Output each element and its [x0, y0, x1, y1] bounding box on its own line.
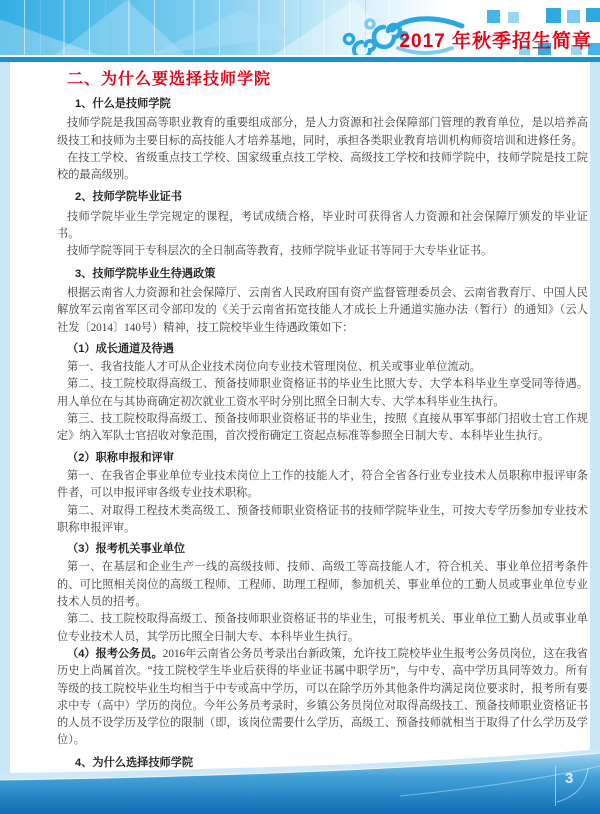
paragraph: 第一、我省技能人才可从企业技术岗位向专业技术管理岗位、机关或事业单位流动。	[57, 359, 588, 376]
paragraph: 在技工学校、省级重点技工学校、国家级重点技工学校、高级技工学校和技师学院中，技师…	[57, 150, 588, 185]
page-number-value: 3	[565, 770, 573, 787]
decor-square	[487, 10, 500, 23]
decor-square	[546, 8, 561, 23]
content-blocks: 1、什么是技师学院技师学院是我国高等职业教育的重要组成部分，是人力资源和社会保障…	[57, 96, 588, 791]
paragraph: 技师学院是我国高等职业教育的重要组成部分，是人力资源和社会保障部门管理的教育单位…	[57, 115, 588, 150]
paragraph: 第三、技工院校取得高级工、预备技师职业资格证书的毕业生，按照《直接从事军事部门招…	[57, 411, 588, 446]
paragraph: 技师学院等同于专科层次的全日制高等教育，技师学院毕业证书等同于大专毕业证书。	[57, 243, 588, 260]
decor-square	[586, 8, 600, 22]
section-heading: 2、技师学院毕业证书	[57, 189, 588, 206]
paragraph: 第一、在基层和企业生产一线的高级技师、技师、高级工等高技能人才，符合机关、事业单…	[57, 559, 588, 611]
decor-square	[508, 12, 519, 23]
page: { "header": { "title": "2017 年秋季招生简章", "…	[0, 0, 600, 814]
paragraph-lead: （4）报考公务员。	[67, 648, 163, 660]
paragraph: 第一、在我省企事业单位专业技术岗位上工作的技能人才，符合全省各行业专业技术人员职…	[57, 468, 588, 503]
page-number: 3	[555, 766, 590, 806]
footer-wave	[0, 744, 600, 814]
side-strip-left	[0, 62, 10, 814]
sub-heading: （1）成长通道及待遇	[57, 341, 588, 358]
sub-heading: （2）职称申报和评审	[57, 450, 588, 467]
header-divider-bar	[0, 57, 600, 62]
paragraph: 第二、对取得工程技术类高级工、预备技师职业资格证书的技师学院毕业生，可按大专学历…	[57, 503, 588, 538]
document-body: 二、为什么要选择技师学院 1、什么是技师学院技师学院是我国高等职业教育的重要组成…	[57, 66, 588, 791]
section-heading: 3、技师学院毕业生待遇政策	[57, 266, 588, 283]
header: 2017 年秋季招生简章	[0, 0, 600, 55]
paragraph: 第二、技工院校取得高级工、预备技师职业资格证书的毕业生，可报考机关、事业单位工勤…	[57, 611, 588, 646]
paragraph: 根据云南省人力资源和社会保障厅、云南省人民政府国有资产监督管理委员会、云南省教育…	[57, 285, 588, 337]
decor-square	[567, 10, 580, 23]
paragraph: （4）报考公务员。2016年云南省公务员考录出台新政策，允许技工院校毕业生报考公…	[57, 646, 588, 750]
side-strip-right	[590, 62, 600, 814]
page-title: 二、为什么要选择技师学院	[67, 66, 588, 89]
brochure-title: 2017 年秋季招生简章	[399, 26, 592, 53]
paragraph: 技师学院毕业生学完规定的课程，考试成绩合格，毕业时可获得省人力资源和社会保障厅颁…	[57, 209, 588, 244]
sub-heading: （3）报考机关事业单位	[57, 541, 588, 558]
paragraph: 第二、技工院校取得高级工、预备技师职业资格证书的毕业生比照大专、大学本科毕业生享…	[57, 376, 588, 411]
section-heading: 1、什么是技师学院	[57, 96, 588, 113]
